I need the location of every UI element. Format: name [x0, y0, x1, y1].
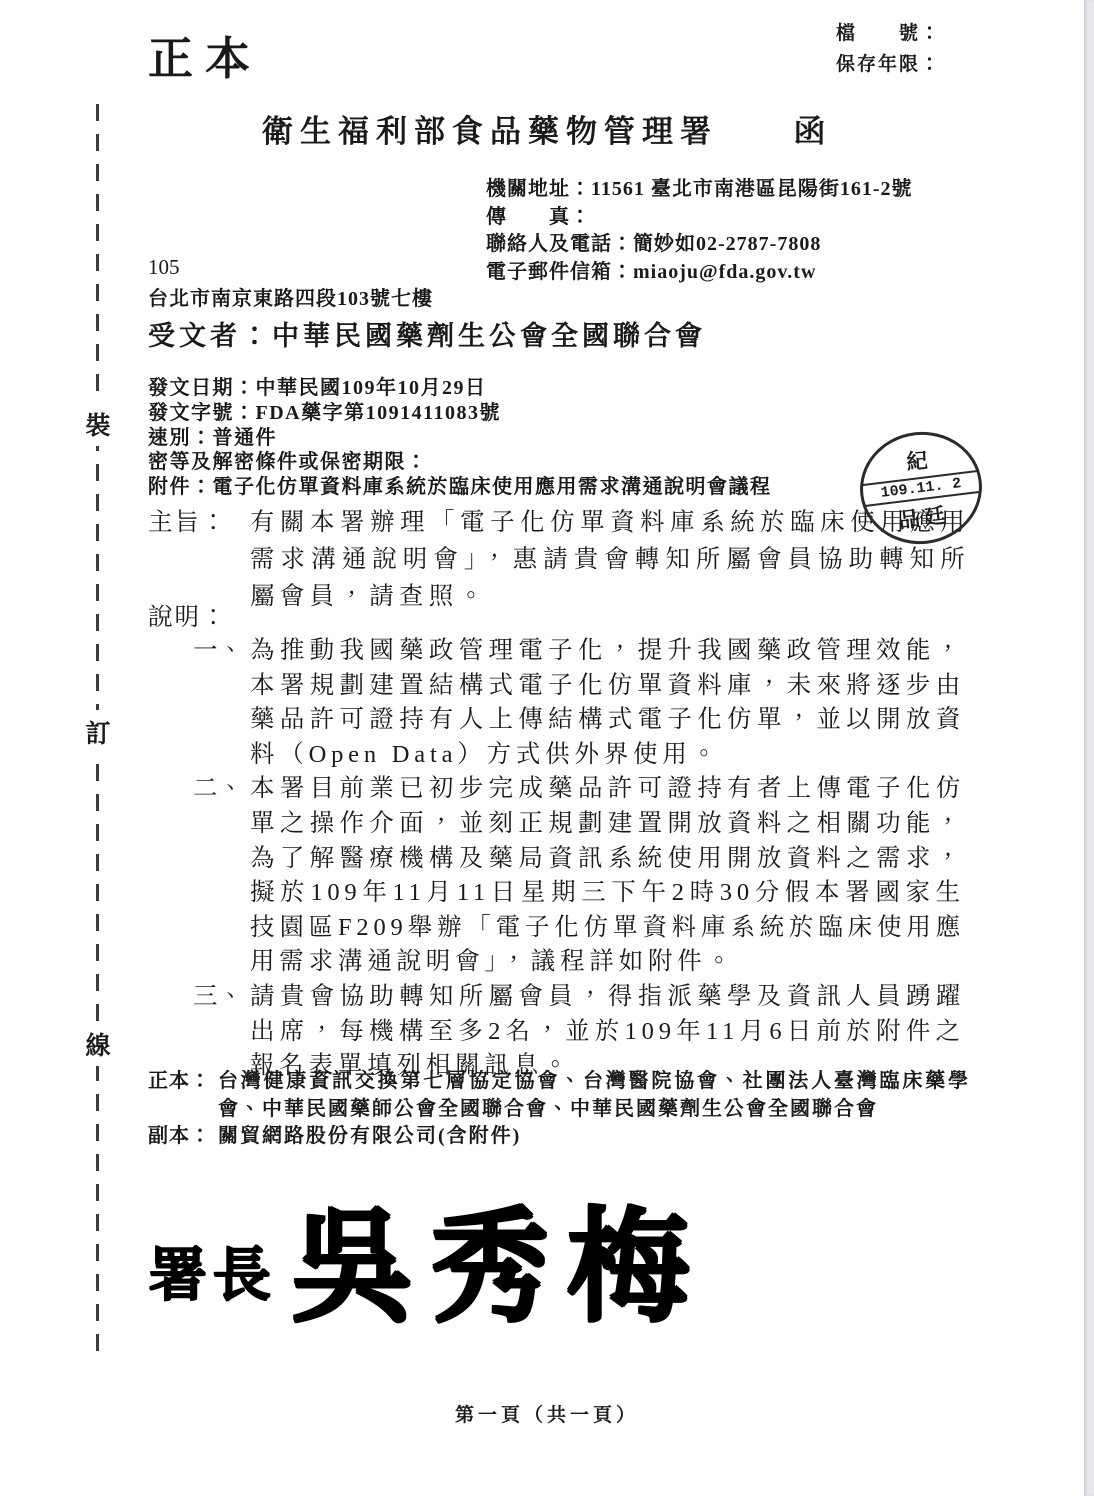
document-meta-block: 發文日期：中華民國109年10月29日 發文字號：FDA藥字第109141108…: [148, 376, 772, 500]
retention-period-label: 保存年限：: [836, 49, 941, 80]
copy-type-label: 正本: [148, 22, 262, 87]
cc-copy-text: 關貿網路股份有限公司(含附件): [218, 1123, 970, 1151]
recipient-line: 受文者：中華民國藥劑生公會全國聯合會: [148, 314, 706, 353]
document-title: 衛生福利部食品藥物管理署 函: [0, 106, 1094, 151]
subject-paragraph: 主旨： 有關本署辦理「電子化仿單資料庫系統於臨床使用應用需求溝通說明會」，惠請貴…: [148, 505, 970, 615]
binding-char-ding: 訂: [83, 710, 113, 754]
signature-title: 署長: [148, 1227, 276, 1311]
explanation-item-1: 一、 為推動我國藥政管理電子化，提升我國藥政管理效能，本署規劃建置結構式電子化仿…: [193, 634, 965, 772]
signature-block: 署長 吳秀梅: [148, 1168, 704, 1343]
explanation-item-2: 二、 本署目前業已初步完成藥品許可證持有者上傳電子化仿單之操作介面，並刻正規劃建…: [193, 772, 965, 980]
document-page: 裝 訂 線 檔 號： 保存年限： 正本 衛生福利部食品藥物管理署 函 機關地址：…: [0, 0, 1094, 1496]
file-number-label: 檔 號：: [836, 18, 941, 49]
item-number: 一、: [193, 634, 250, 669]
subject-label: 主旨：: [148, 505, 250, 542]
subject-text: 有關本署辦理「電子化仿單資料庫系統於臨床使用應用需求溝通說明會」，惠請貴會轉知所…: [250, 505, 970, 615]
cc-copy-row: 副本： 關貿網路股份有限公司(含附件): [148, 1123, 970, 1151]
file-retention-block: 檔 號： 保存年限：: [836, 18, 941, 80]
issue-date-line: 發文日期：中華民國109年10月29日: [148, 376, 772, 401]
cc-block: 正本： 台灣健康資訊交換第七層協定協會、台灣醫院協會、社團法人臺灣臨床藥學會、中…: [148, 1068, 970, 1151]
cc-original-row: 正本： 台灣健康資訊交換第七層協定協會、台灣醫院協會、社團法人臺灣臨床藥學會、中…: [148, 1068, 970, 1123]
stamp-bottom-text: 品廷: [897, 498, 952, 534]
signature-name: 吳秀梅: [290, 1168, 704, 1343]
doc-number-line: 發文字號：FDA藥字第1091411083號: [148, 401, 772, 426]
stamp-top-text: 紀: [906, 444, 930, 475]
agency-fax-line: 傳 真：: [486, 204, 913, 232]
cc-copy-label: 副本：: [148, 1123, 218, 1151]
security-class-line: 密等及解密條件或保密期限：: [148, 450, 772, 475]
page-number-footer: 第一頁（共一頁）: [0, 1400, 1094, 1427]
cc-original-text: 台灣健康資訊交換第七層協定協會、台灣醫院協會、社團法人臺灣臨床藥學會、中華民國藥…: [218, 1068, 970, 1123]
agency-contact-line: 聯絡人及電話：簡妙如02-2787-7808: [486, 231, 913, 259]
explanation-label: 說明：: [148, 598, 228, 633]
agency-email-line: 電子郵件信箱：miaoju@fda.gov.tw: [486, 259, 913, 287]
item-number: 二、: [193, 772, 250, 807]
recipient-address: 台北市南京東路四段103號七樓: [148, 282, 433, 311]
item-text: 為推動我國藥政管理電子化，提升我國藥政管理效能，本署規劃建置結構式電子化仿單資料…: [250, 634, 965, 772]
explanation-items: 一、 為推動我國藥政管理電子化，提升我國藥政管理效能，本署規劃建置結構式電子化仿…: [193, 634, 965, 1084]
binding-char-xian: 線: [83, 1022, 113, 1066]
scan-edge-strip: [1084, 0, 1094, 1496]
recipient-postal-code: 105: [148, 255, 180, 280]
speed-class-line: 速別：普通件: [148, 426, 772, 451]
cc-original-label: 正本：: [148, 1068, 218, 1096]
attachment-line: 附件：電子化仿單資料庫系統於臨床使用應用需求溝通說明會議程: [148, 475, 772, 500]
agency-address-line: 機關地址：11561 臺北市南港區昆陽街161-2號: [486, 176, 913, 204]
item-number: 三、: [193, 980, 250, 1015]
agency-contact-block: 機關地址：11561 臺北市南港區昆陽街161-2號 傳 真： 聯絡人及電話：簡…: [486, 176, 913, 286]
item-text: 本署目前業已初步完成藥品許可證持有者上傳電子化仿單之操作介面，並刻正規劃建置開放…: [250, 772, 965, 980]
binding-char-zhuang: 裝: [83, 402, 113, 446]
